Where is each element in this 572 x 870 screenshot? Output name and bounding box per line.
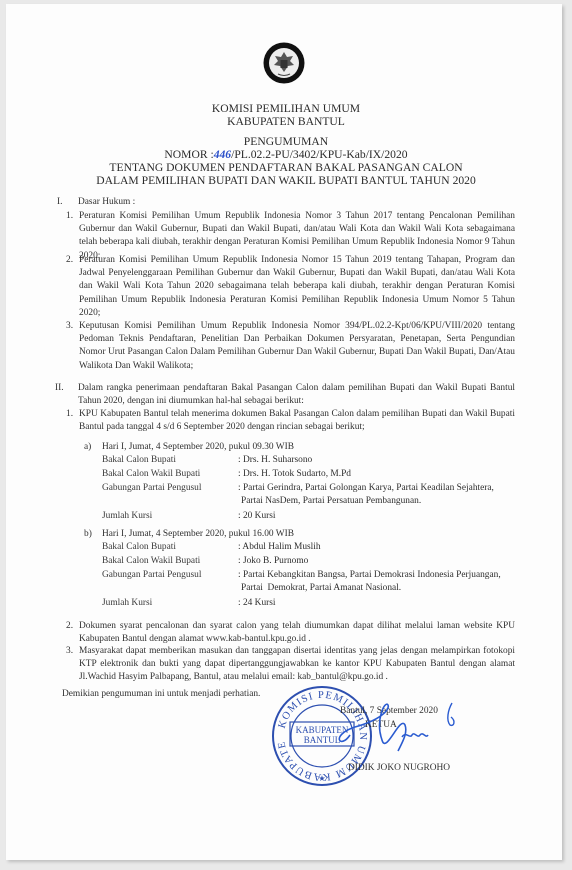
signatory-name: DIDIK JOKO NUGROHO <box>348 762 450 775</box>
legal-basis-3-num: 3. <box>66 320 73 333</box>
announcement-1: KPU Kabupaten Bantul telah menerima doku… <box>79 408 515 434</box>
candidate-b-schedule: Hari I, Jumat, 4 September 2020, pukul 1… <box>102 528 294 541</box>
announcement-2: Dokumen syarat pencalonan dan syarat cal… <box>79 620 515 646</box>
announcement-1-num: 1. <box>66 408 73 421</box>
section-2-intro: Dalam rangka penerimaan pendaftaran Baka… <box>78 382 515 408</box>
candidate-b-parties-1: : Partai Kebangkitan Bangsa, Partai Demo… <box>238 569 501 582</box>
subject-line-2: DALAM PEMILIHAN BUPATI DAN WAKIL BUPATI … <box>0 174 572 187</box>
announcement-3-num: 3. <box>66 645 73 658</box>
org-region: KABUPATEN BANTUL <box>0 115 572 128</box>
candidate-a-parties-1: : Partai Gerindra, Partai Golongan Karya… <box>238 482 494 495</box>
candidate-a-letter: a) <box>84 441 91 454</box>
candidate-b-seats: : 24 Kursi <box>238 597 276 610</box>
label-kursi: Jumlah Kursi <box>102 511 152 521</box>
kpu-logo-icon <box>262 41 306 85</box>
label-kursi: Jumlah Kursi <box>102 598 152 608</box>
candidate-a-parties-2: Partai NasDem, Partai Persatuan Pembangu… <box>241 495 421 508</box>
section-1-numeral: I. <box>57 197 62 207</box>
legal-basis-2-num: 2. <box>66 254 73 267</box>
candidate-a-schedule: Hari I, Jumat, 4 September 2020, pukul 0… <box>102 441 294 454</box>
legal-basis-3: Keputusan Komisi Pemilihan Umum Republik… <box>79 320 515 373</box>
closing-text: Demikian pengumuman ini untuk menjadi pe… <box>62 688 260 701</box>
candidate-b-parties-2: Partai Demokrat, Partai Amanat Nasional. <box>241 582 401 595</box>
legal-basis-1-num: 1. <box>66 210 73 223</box>
label-bupati: Bakal Calon Bupati <box>102 455 176 465</box>
label-wakil: Bakal Calon Wakil Bupati <box>102 556 200 566</box>
document-number: NOMOR :446/PL.02.2-PU/3402/KPU-Kab/IX/20… <box>0 148 572 161</box>
label-wakil: Bakal Calon Wakil Bupati <box>102 469 200 479</box>
svg-text:★: ★ <box>318 774 325 783</box>
label-partai: Gabungan Partai Pengusul <box>102 570 201 580</box>
subject-line-1: TENTANG DOKUMEN PENDAFTARAN BAKAL PASANG… <box>0 161 572 174</box>
candidate-a-bupati: : Drs. H. Suharsono <box>238 454 312 467</box>
section-1-heading: Dasar Hukum : <box>78 196 135 209</box>
candidate-a-wakil: : Drs. H. Totok Sudarto, M.Pd <box>238 468 351 481</box>
announcement-2-num: 2. <box>66 620 73 633</box>
document-title: PENGUMUMAN <box>0 135 572 148</box>
org-name: KOMISI PEMILIHAN UMUM <box>0 102 572 115</box>
candidate-b-wakil: : Joko B. Purnomo <box>238 555 308 568</box>
handwritten-number: 446 <box>214 148 231 161</box>
candidate-a-seats: : 20 Kursi <box>238 510 276 523</box>
label-bupati: Bakal Calon Bupati <box>102 542 176 552</box>
candidate-b-letter: b) <box>84 528 92 541</box>
label-partai: Gabungan Partai Pengusul <box>102 483 201 493</box>
legal-basis-2: Peraturan Komisi Pemilihan Umum Republik… <box>79 254 515 320</box>
section-2-numeral: II. <box>55 383 64 393</box>
candidate-b-bupati: : Abdul Halim Muslih <box>238 541 321 554</box>
announcement-3: Masyarakat dapat memberikan masukan dan … <box>79 645 515 685</box>
